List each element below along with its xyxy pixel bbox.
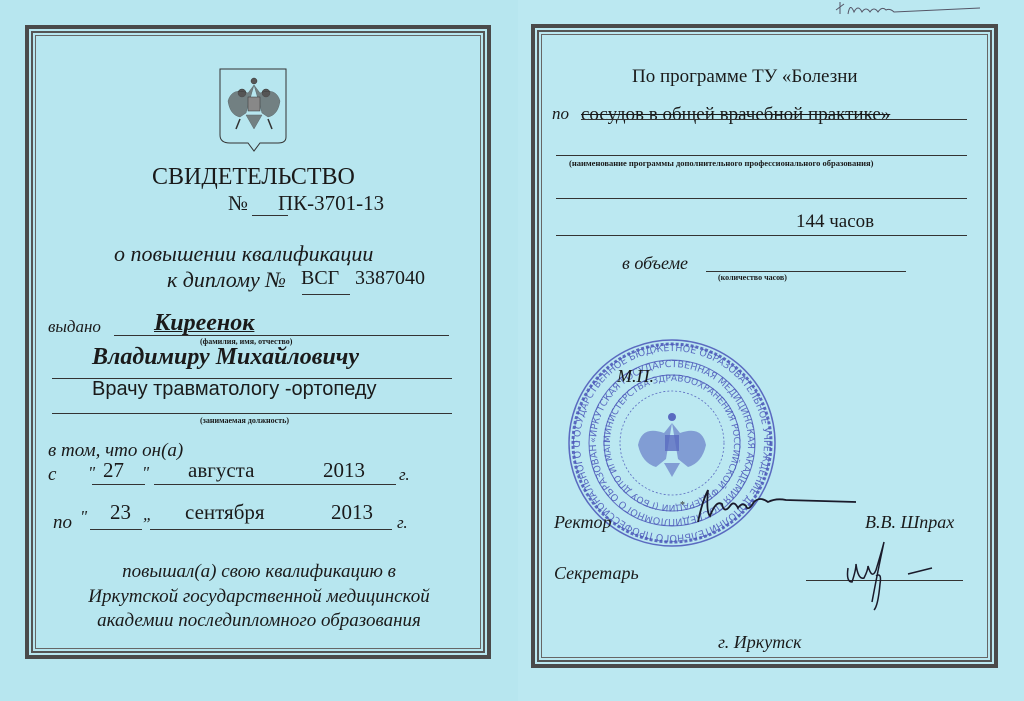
program-prefix: по (552, 104, 569, 124)
date-to-day: 23 (110, 500, 131, 525)
svg-text:*: * (680, 500, 685, 511)
body-line-3: академии последипломного образования (0, 610, 518, 632)
date-from-month: августа (188, 458, 254, 483)
date-from-quote-open: " (88, 463, 95, 483)
date-from-prefix: с (48, 464, 56, 486)
program-caption: (наименование программы дополнительного … (569, 158, 873, 168)
date-to-month-line (150, 529, 392, 530)
surname: Киреенок (154, 310, 254, 337)
date-from-day: 27 (103, 458, 124, 483)
date-to-prefix: по (53, 512, 72, 534)
name-patronymic: Владимиру Михайловичу (92, 344, 359, 371)
program-line-1: По программе ТУ «Болезни (632, 66, 858, 88)
date-from-day-line (92, 484, 145, 485)
certificate-number: ПК-3701-13 (278, 191, 384, 216)
date-to-year: 2013 (331, 500, 373, 525)
date-to-day-line (90, 529, 142, 530)
hours-caption: (количество часов) (718, 273, 787, 282)
secretary-signature (838, 540, 938, 612)
program-caption-rule (556, 155, 967, 156)
handwritten-note (830, 0, 980, 20)
hours-value: 144 часов (796, 211, 874, 233)
city: г. Иркутск (718, 632, 802, 653)
secretary-label: Секретарь (554, 563, 639, 584)
position-line (52, 413, 452, 414)
rector-name: В.В. Шпрах (865, 512, 954, 533)
volume-label: в объеме (622, 253, 688, 274)
hours-rule (556, 235, 967, 236)
diploma-number: 3387040 (355, 267, 425, 290)
program-line-2: сосудов в общей врачебной практике» (581, 104, 890, 126)
program-blank-rule (556, 198, 967, 199)
position-caption: (занимаемая должность) (200, 416, 289, 425)
date-from-year: 2013 (323, 458, 365, 483)
date-from-suffix: г. (399, 465, 410, 485)
issued-label: выдано (48, 317, 101, 337)
body-line-1: повышал(а) свою квалификацию в (0, 561, 518, 583)
volume-rule (706, 271, 906, 272)
body-line-2: Иркутской государственной медицинской (0, 586, 518, 608)
rector-signature: * (676, 482, 866, 526)
certificate-subtitle: о повышении квалификации (114, 241, 373, 267)
stamp-label: М.П. (617, 366, 654, 387)
certificate-title: СВИДЕТЕЛЬСТВО (152, 164, 355, 191)
certificate-number-prefix: № (228, 191, 248, 216)
coat-of-arms-icon (218, 67, 290, 154)
date-to-quote-open: " (80, 507, 87, 527)
diploma-underline (302, 294, 350, 295)
rector-label: Ректор (554, 512, 612, 533)
date-from-quote-close: " (142, 463, 149, 483)
date-to-month: сентября (185, 500, 265, 525)
program-line-2-rule (581, 119, 967, 120)
date-to-quote-close: „ (143, 505, 152, 525)
diploma-label: к диплому № (167, 267, 286, 293)
date-to-suffix: г. (397, 513, 408, 533)
diploma-series: ВСГ (301, 267, 339, 290)
date-from-month-line (154, 484, 396, 485)
position: Врачу травматологу -ортопеду (92, 378, 377, 401)
